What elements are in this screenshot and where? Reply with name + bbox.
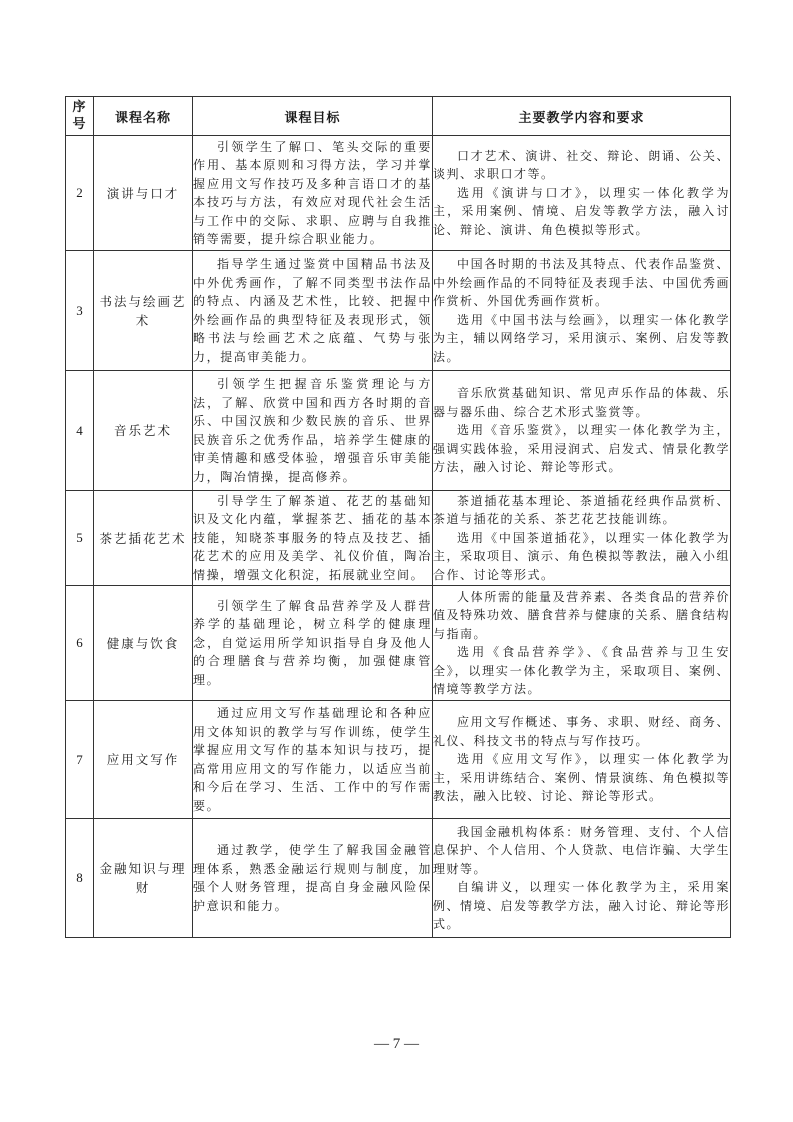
course-name: 应用文写作 (94, 701, 193, 819)
course-content: 口才艺术、演讲、社交、辩论、朗诵、公关、谈判、求职口才等。 选用《演讲与口才》，… (433, 136, 731, 251)
table-row: 8 金融知识与理财 通过教学，使学生了解我国金融管理体系，熟悉金融运行规则与制度… (66, 819, 731, 938)
content-paragraph: 选用《中国书法与绘画》，以理实一体化教学为主，辅以网络学习，采用演示、案例、启发… (433, 311, 730, 367)
row-number: 7 (66, 701, 94, 819)
table-row: 7 应用文写作 通过应用文写作基础理论和各种应用文体知识的教学与写作训练，使学生… (66, 701, 731, 819)
content-paragraph: 选用《演讲与口才》，以理实一体化教学为主，采用案例、情境、启发等教学方法，融入讨… (433, 184, 730, 240)
header-course-goal: 课程目标 (193, 97, 433, 136)
table-row: 3 书法与绘画艺术 指导学生通过鉴赏中国精品书法及中外优秀画作，了解不同类型书法… (66, 251, 731, 371)
goal-text: 引领学生了解食品营养学及人群营养学的基础理论，树立科学的健康理念，自觉运用所学知… (193, 597, 432, 690)
course-goal: 指导学生通过鉴赏中国精品书法及中外优秀画作，了解不同类型书法作品的特点、内涵及艺… (193, 251, 433, 371)
row-number: 4 (66, 371, 94, 491)
course-content: 应用文写作概述、事务、求职、财经、商务、礼仪、科技文书的特点与写作技巧。 选用《… (433, 701, 731, 819)
table-row: 4 音乐艺术 引领学生把握音乐鉴赏理论与方法，了解、欣赏中国和西方各时期的音乐、… (66, 371, 731, 491)
goal-text: 引导学生了解茶道、花艺的基础知识及文化内蕴，掌握茶艺、插花的基本技能，知晓茶事服… (193, 492, 432, 585)
course-content: 我国金融机构体系：财务管理、支付、个人信息保护、个人信用、个人贷款、电信诈骗、大… (433, 819, 731, 938)
course-name: 茶艺插花艺术 (94, 491, 193, 586)
page-number: — 7 — (0, 1036, 793, 1053)
course-goal: 通过教学，使学生了解我国金融管理体系，熟悉金融运行规则与制度，加强个人财务管理，… (193, 819, 433, 938)
course-content: 音乐欣赏基础知识、常见声乐作品的体裁、乐器与器乐曲、综合艺术形式鉴赏等。 选用《… (433, 371, 731, 491)
header-course-content: 主要教学内容和要求 (433, 97, 731, 136)
content-paragraph: 口才艺术、演讲、社交、辩论、朗诵、公关、谈判、求职口才等。 (433, 147, 730, 184)
goal-text: 引领学生把握音乐鉴赏理论与方法，了解、欣赏中国和西方各时期的音乐、中国汉族和少数… (193, 375, 432, 486)
row-number: 2 (66, 136, 94, 251)
course-name: 音乐艺术 (94, 371, 193, 491)
content-paragraph: 我国金融机构体系：财务管理、支付、个人信息保护、个人信用、个人贷款、电信诈骗、大… (433, 823, 730, 879)
course-table: 序号 课程名称 课程目标 主要教学内容和要求 2 演讲与口才 引领学生了解口、笔… (65, 96, 731, 938)
course-goal: 引领学生把握音乐鉴赏理论与方法，了解、欣赏中国和西方各时期的音乐、中国汉族和少数… (193, 371, 433, 491)
content-paragraph: 应用文写作概述、事务、求职、财经、商务、礼仪、科技文书的特点与写作技巧。 (433, 713, 730, 750)
course-content: 中国各时期的书法及其特点、代表作品鉴赏、中外绘画作品的不同特征及表现手法、中国优… (433, 251, 731, 371)
content-paragraph: 中国各时期的书法及其特点、代表作品鉴赏、中外绘画作品的不同特征及表现手法、中国优… (433, 255, 730, 311)
content-paragraph: 音乐欣赏基础知识、常见声乐作品的体裁、乐器与器乐曲、综合艺术形式鉴赏等。 (433, 384, 730, 421)
course-content: 人体所需的能量及营养素、各类食品的营养价值及特殊功效、膳食营养与健康的关系、膳食… (433, 586, 731, 701)
row-number: 6 (66, 586, 94, 701)
course-name: 演讲与口才 (94, 136, 193, 251)
content-paragraph: 选用《应用文写作》，以理实一体化教学为主，采用讲练结合、案例、情景演练、角色模拟… (433, 750, 730, 806)
goal-text: 通过教学，使学生了解我国金融管理体系，熟悉金融运行规则与制度，加强个人财务管理，… (193, 841, 432, 915)
document-page: 序号 课程名称 课程目标 主要教学内容和要求 2 演讲与口才 引领学生了解口、笔… (0, 0, 793, 1122)
table-row: 5 茶艺插花艺术 引导学生了解茶道、花艺的基础知识及文化内蕴，掌握茶艺、插花的基… (66, 491, 731, 586)
course-goal: 引领学生了解口、笔头交际的重要作用、基本原则和习得方法，学习并掌握应用文写作技巧… (193, 136, 433, 251)
content-paragraph: 茶道插花基本理论、茶道插花经典作品赏析、茶道与插花的关系、茶艺花艺技能训练。 (433, 492, 730, 529)
content-paragraph: 选用《中国茶道插花》，以理实一体化教学为主，采取项目、演示、角色模拟等教法，融入… (433, 529, 730, 585)
course-name: 书法与绘画艺术 (94, 251, 193, 371)
content-paragraph: 选用《音乐鉴赏》，以理实一体化教学为主，强调实践体验，采用浸润式、启发式、情景化… (433, 421, 730, 477)
content-paragraph: 人体所需的能量及营养素、各类食品的营养价值及特殊功效、膳食营养与健康的关系、膳食… (433, 588, 730, 644)
table-header-row: 序号 课程名称 课程目标 主要教学内容和要求 (66, 97, 731, 136)
header-course-name: 课程名称 (94, 97, 193, 136)
goal-text: 通过应用文写作基础理论和各种应用文体知识的教学与写作训练，使学生掌握应用文写作的… (193, 704, 432, 815)
content-paragraph: 自编讲义，以理实一体化教学为主，采用案例、情境、启发等教学方法，融入讨论、辩论等… (433, 878, 730, 934)
row-number: 5 (66, 491, 94, 586)
course-name: 金融知识与理财 (94, 819, 193, 938)
course-goal: 通过应用文写作基础理论和各种应用文体知识的教学与写作训练，使学生掌握应用文写作的… (193, 701, 433, 819)
course-content: 茶道插花基本理论、茶道插花经典作品赏析、茶道与插花的关系、茶艺花艺技能训练。 选… (433, 491, 731, 586)
row-number: 8 (66, 819, 94, 938)
header-no: 序号 (66, 97, 94, 136)
table-row: 6 健康与饮食 引领学生了解食品营养学及人群营养学的基础理论，树立科学的健康理念… (66, 586, 731, 701)
course-name: 健康与饮食 (94, 586, 193, 701)
course-goal: 引领学生了解食品营养学及人群营养学的基础理论，树立科学的健康理念，自觉运用所学知… (193, 586, 433, 701)
row-number: 3 (66, 251, 94, 371)
content-paragraph: 选用《食品营养学》、《食品营养与卫生安全》，以理实一体化教学为主，采取项目、案例… (433, 643, 730, 699)
course-goal: 引导学生了解茶道、花艺的基础知识及文化内蕴，掌握茶艺、插花的基本技能，知晓茶事服… (193, 491, 433, 586)
goal-text: 指导学生通过鉴赏中国精品书法及中外优秀画作，了解不同类型书法作品的特点、内涵及艺… (193, 255, 432, 366)
table-row: 2 演讲与口才 引领学生了解口、笔头交际的重要作用、基本原则和习得方法，学习并掌… (66, 136, 731, 251)
goal-text: 引领学生了解口、笔头交际的重要作用、基本原则和习得方法，学习并掌握应用文写作技巧… (193, 138, 432, 249)
